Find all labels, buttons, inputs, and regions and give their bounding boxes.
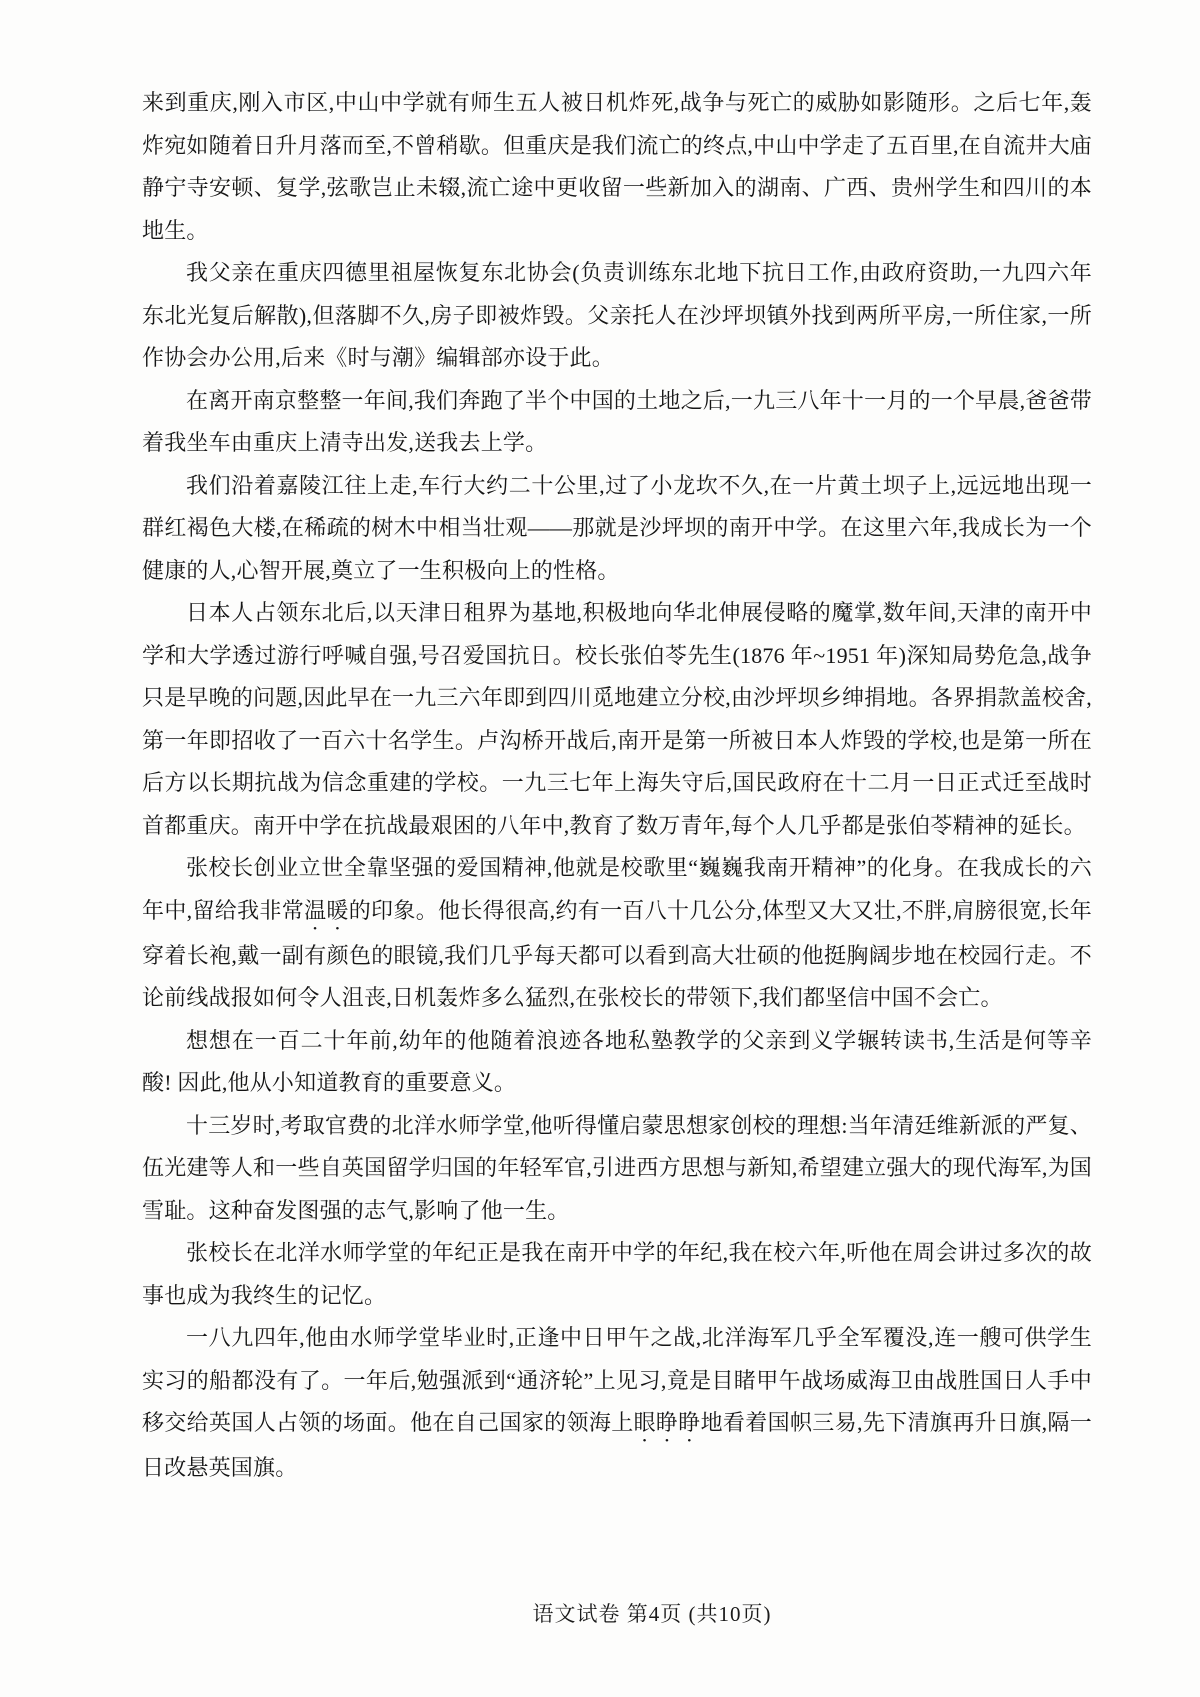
text-segment: 我们沿着嘉陵江往上走,车行大约二十公里,过了小龙坎不久,在一片黄土坝子上,远远地…	[142, 473, 1092, 583]
paragraph: 十三岁时,考取官费的北洋水师学堂,他听得懂启蒙思想家创校的理想:当年清廷维新派的…	[142, 1105, 1092, 1233]
text-segment: 想想在一百二十年前,幼年的他随着浪迹各地私塾教学的父亲到义学辗转读书,生活是何等…	[142, 1028, 1092, 1096]
paragraph: 张校长在北洋水师学堂的年纪正是我在南开中学的年纪,我在校六年,听他在周会讲过多次…	[142, 1232, 1092, 1317]
text-segment: 日本人占领东北后,以天津日租界为基地,积极地向华北伸展侵略的魔掌,数年间,天津的…	[142, 600, 1092, 838]
paragraph: 张校长创业立世全靠坚强的爱国精神,他就是校歌里“巍巍我南开精神”的化身。在我成长…	[142, 847, 1092, 1020]
paragraph: 我父亲在重庆四德里祖屋恢复东北协会(负责训练东北地下抗日工作,由政府资助,一九四…	[142, 252, 1092, 380]
text-segment: 张校长在北洋水师学堂的年纪正是我在南开中学的年纪,我在校六年,听他在周会讲过多次…	[142, 1240, 1092, 1308]
text-segment: 来到重庆,刚入市区,中山中学就有师生五人被日机炸死,战争与死亡的威胁如影随形。之…	[142, 90, 1092, 243]
paragraph: 想想在一百二十年前,幼年的他随着浪迹各地私塾教学的父亲到义学辗转读书,生活是何等…	[142, 1020, 1092, 1105]
paragraph: 在离开南京整整一年间,我们奔跑了半个中国的土地之后,一九三八年十一月的一个早晨,…	[142, 380, 1092, 465]
text-segment: 在离开南京整整一年间,我们奔跑了半个中国的土地之后,一九三八年十一月的一个早晨,…	[142, 388, 1092, 456]
page-footer: 语文试卷 第4页 (共10页)	[142, 1598, 1092, 1628]
paragraph: 日本人占领东北后,以天津日租界为基地,积极地向华北伸展侵略的魔掌,数年间,天津的…	[142, 592, 1092, 847]
emphasized-text: 温暖	[304, 898, 349, 923]
paragraph: 来到重庆,刚入市区,中山中学就有师生五人被日机炸死,战争与死亡的威胁如影随形。之…	[142, 82, 1092, 252]
paragraph: 一八九四年,他由水师学堂毕业时,正逢中日甲午之战,北洋海军几乎全军覆没,连一艘可…	[142, 1317, 1092, 1490]
text-segment: 我父亲在重庆四德里祖屋恢复东北协会(负责训练东北地下抗日工作,由政府资助,一九四…	[142, 260, 1092, 370]
exam-paper-page: 来到重庆,刚入市区,中山中学就有师生五人被日机炸死,战争与死亡的威胁如影随形。之…	[0, 0, 1200, 1697]
text-segment: 十三岁时,考取官费的北洋水师学堂,他听得懂启蒙思想家创校的理想:当年清廷维新派的…	[142, 1113, 1092, 1223]
emphasized-text: 眼睁睁	[634, 1410, 701, 1435]
paragraph: 我们沿着嘉陵江往上走,车行大约二十公里,过了小龙坎不久,在一片黄土坝子上,远远地…	[142, 465, 1092, 593]
passage: 来到重庆,刚入市区,中山中学就有师生五人被日机炸死,战争与死亡的威胁如影随形。之…	[142, 82, 1092, 1490]
